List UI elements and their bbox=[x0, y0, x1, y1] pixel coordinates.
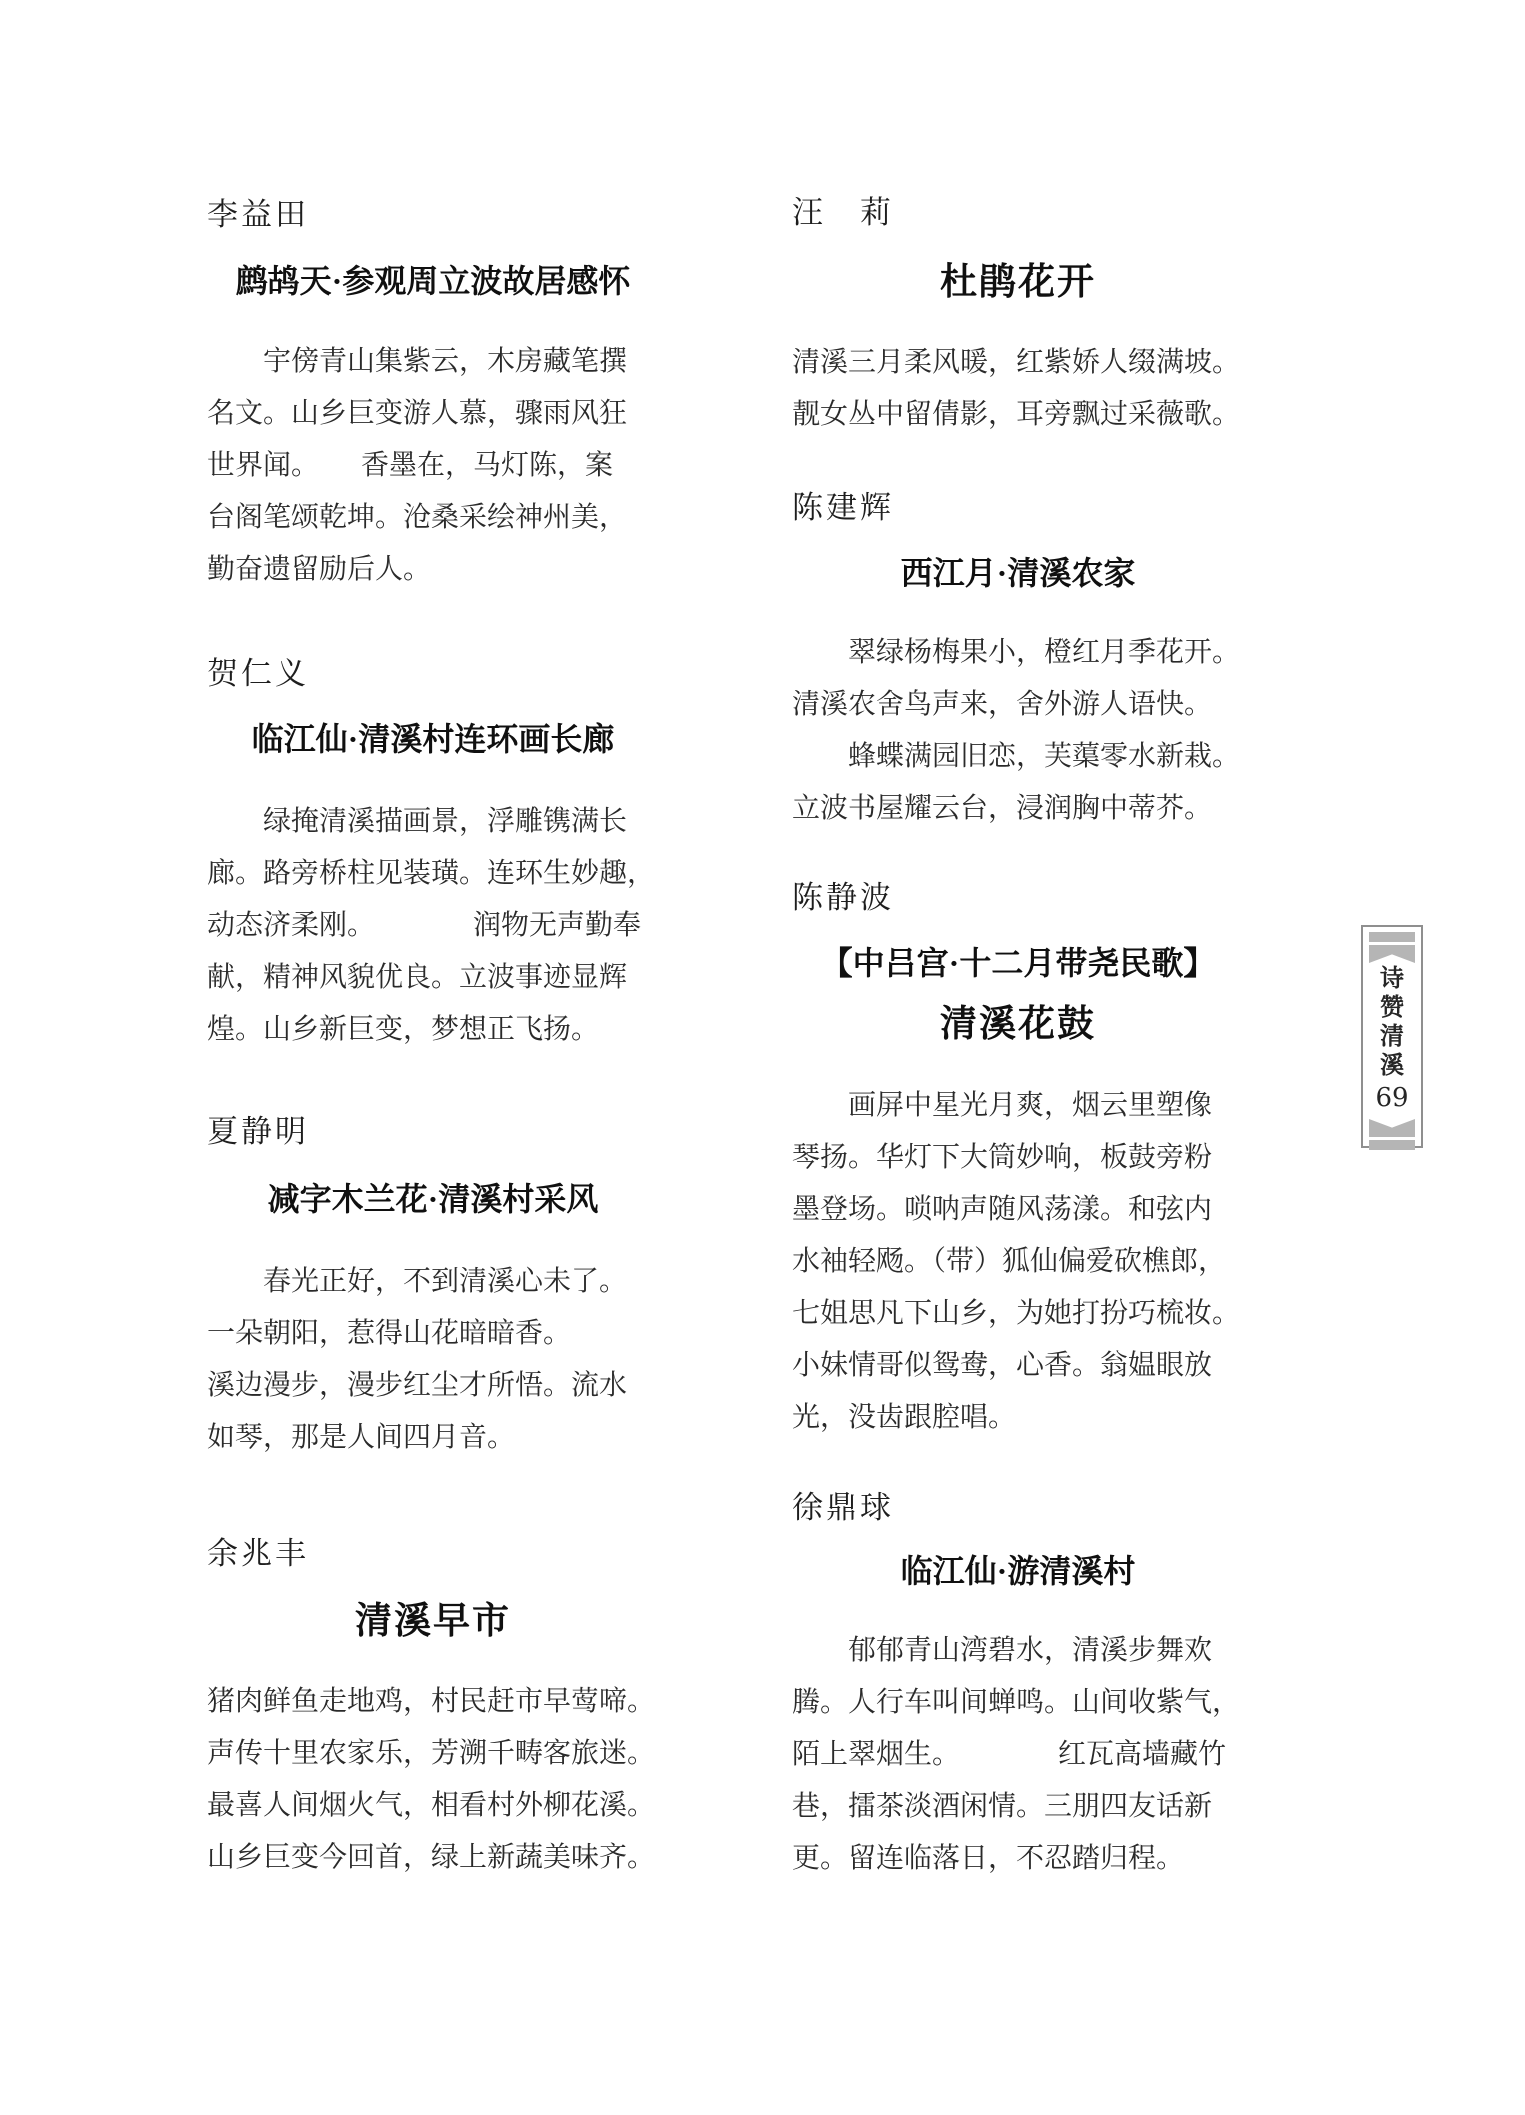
poem-body-line: 猪肉鲜鱼走地鸡，村民赶市早莺啼。 bbox=[207, 1676, 659, 1728]
poem-title-line: 西江月·清溪农家 bbox=[792, 550, 1244, 596]
poem-body-line: 声传十里农家乐，芳溯千畴客旅迷。 bbox=[207, 1728, 659, 1780]
poem-body: 清溪三月柔风暖，红紫娇人缀满坡。 靓女丛中留倩影，耳旁飘过采薇歌。 bbox=[792, 337, 1244, 441]
poem-title-line: 临江仙·清溪村连环画长廊 bbox=[207, 716, 659, 762]
poem-body: 猪肉鲜鱼走地鸡，村民赶市早莺啼。 声传十里农家乐，芳溯千畴客旅迷。 最喜人间烟火… bbox=[207, 1676, 659, 1884]
poem-body-line: 小妹情哥似鸳鸯，心香。翁媪眼放 bbox=[792, 1340, 1244, 1392]
poem-author: 贺仁义 bbox=[207, 654, 659, 694]
ribbon-banner-bottom-icon bbox=[1369, 1119, 1415, 1137]
poem-body: 绿掩清溪描画景，浮雕镌满长 廊。路旁桥柱见装璜。连环生妙趣， 动态济柔刚。 润物… bbox=[207, 796, 659, 1056]
poem-title: 【中吕宫·十二月带尧民歌】 清溪花鼓 bbox=[792, 940, 1244, 1048]
poem-body: 宇傍青山集紫云，木房藏笔撰 名文。山乡巨变游人慕，骤雨风狂 世界闻。 香墨在，马… bbox=[207, 336, 659, 596]
poem: 徐鼎球 临江仙·游清溪村 郁郁青山湾碧水，清溪步舞欢 腾。人行车叫间蝉鸣。山间收… bbox=[792, 1488, 1244, 1885]
poem: 陈建辉 西江月·清溪农家 翠绿杨梅果小，橙红月季花开。 清溪农舍鸟声来，舍外游人… bbox=[792, 488, 1244, 835]
poem-title: 临江仙·清溪村连环画长廊 bbox=[207, 716, 659, 762]
poem-body-line: 名文。山乡巨变游人慕，骤雨风狂 bbox=[207, 388, 659, 440]
poem-body-line: 一朵朝阳，惹得山花暗暗香。 bbox=[207, 1308, 659, 1360]
poem-title-line: 临江仙·游清溪村 bbox=[792, 1548, 1244, 1594]
poem-body-line: 煌。山乡新巨变，梦想正飞扬。 bbox=[207, 1004, 659, 1056]
poem-body-line: 画屏中星光月爽，烟云里塑像 bbox=[792, 1080, 1244, 1132]
poem-body-line: 勤奋遗留励后人。 bbox=[207, 544, 659, 596]
poem-body-line: 更。留连临落日，不忍踏归程。 bbox=[792, 1833, 1244, 1885]
poem-title-line: 【中吕宫·十二月带尧民歌】 bbox=[792, 940, 1244, 986]
poem-body-line: 腾。人行车叫间蝉鸣。山间收紫气， bbox=[792, 1677, 1244, 1729]
poem-body-line: 光，没齿跟腔唱。 bbox=[792, 1392, 1244, 1444]
ribbon-banner-top-icon bbox=[1369, 945, 1415, 963]
poem-body-line: 七姐思凡下山乡，为她打扮巧梳妆。 bbox=[792, 1288, 1244, 1340]
poem-title-line: 鹧鸪天·参观周立波故居感怀 bbox=[207, 258, 659, 304]
side-tab: 诗 赞 清 溪 69 bbox=[1361, 925, 1423, 1148]
poem-author: 徐鼎球 bbox=[792, 1488, 1244, 1528]
poem-body-line: 琴扬。华灯下大筒妙响，板鼓旁粉 bbox=[792, 1132, 1244, 1184]
poem-body-line: 靓女丛中留倩影，耳旁飘过采薇歌。 bbox=[792, 389, 1244, 441]
side-tab-char: 诗 bbox=[1380, 967, 1404, 992]
poem: 汪 莉 杜鹃花开 清溪三月柔风暖，红紫娇人缀满坡。 靓女丛中留倩影，耳旁飘过采薇… bbox=[792, 193, 1244, 441]
poem-body-line: 清溪三月柔风暖，红紫娇人缀满坡。 bbox=[792, 337, 1244, 389]
poem-body-line: 绿掩清溪描画景，浮雕镌满长 bbox=[207, 796, 659, 848]
poem-title: 鹧鸪天·参观周立波故居感怀 bbox=[207, 258, 659, 304]
poem: 贺仁义 临江仙·清溪村连环画长廊 绿掩清溪描画景，浮雕镌满长 廊。路旁桥柱见装璜… bbox=[207, 654, 659, 1056]
right-column: 汪 莉 杜鹃花开 清溪三月柔风暖，红紫娇人缀满坡。 靓女丛中留倩影，耳旁飘过采薇… bbox=[792, 0, 1244, 1885]
poem: 夏静明 减字木兰花·清溪村采风 春光正好，不到清溪心未了。 一朵朝阳，惹得山花暗… bbox=[207, 1112, 659, 1464]
poem-author: 汪 莉 bbox=[792, 193, 1244, 233]
poem-body-line: 陌上翠烟生。 红瓦高墙藏竹 bbox=[792, 1729, 1244, 1781]
poem-body: 春光正好，不到清溪心未了。 一朵朝阳，惹得山花暗暗香。 溪边漫步，漫步红尘才所悟… bbox=[207, 1256, 659, 1464]
poem-body-line: 墨登场。唢呐声随风荡漾。和弦内 bbox=[792, 1184, 1244, 1236]
poem-body-line: 最喜人间烟火气，相看村外柳花溪。 bbox=[207, 1780, 659, 1832]
poem-title: 临江仙·游清溪村 bbox=[792, 1548, 1244, 1594]
poem-body: 画屏中星光月爽，烟云里塑像 琴扬。华灯下大筒妙响，板鼓旁粉 墨登场。唢呐声随风荡… bbox=[792, 1080, 1244, 1444]
poem-body-line: 春光正好，不到清溪心未了。 bbox=[207, 1256, 659, 1308]
poem-body-line: 翠绿杨梅果小，橙红月季花开。 bbox=[792, 627, 1244, 679]
poem-title: 减字木兰花·清溪村采风 bbox=[207, 1176, 659, 1222]
poem-body-line: 世界闻。 香墨在，马灯陈，案 bbox=[207, 440, 659, 492]
poem-title: 西江月·清溪农家 bbox=[792, 550, 1244, 596]
poem-title-line: 减字木兰花·清溪村采风 bbox=[207, 1176, 659, 1222]
poem-title-line: 杜鹃花开 bbox=[792, 260, 1244, 306]
poem-body-line: 廊。路旁桥柱见装璜。连环生妙趣， bbox=[207, 848, 659, 900]
poem-body: 郁郁青山湾碧水，清溪步舞欢 腾。人行车叫间蝉鸣。山间收紫气， 陌上翠烟生。 红瓦… bbox=[792, 1625, 1244, 1885]
page-number: 69 bbox=[1375, 1085, 1408, 1111]
ribbon-bar-top-icon bbox=[1369, 932, 1415, 942]
poem-body-line: 献，精神风貌优良。立波事迹显辉 bbox=[207, 952, 659, 1004]
poem-body: 翠绿杨梅果小，橙红月季花开。 清溪农舍鸟声来，舍外游人语快。 蜂蝶满园旧恋，芙蕖… bbox=[792, 627, 1244, 835]
poem-title: 清溪早市 bbox=[207, 1599, 659, 1645]
poem-author: 李益田 bbox=[207, 195, 659, 235]
ribbon-bar-bottom-icon bbox=[1369, 1140, 1415, 1150]
side-tab-char: 赞 bbox=[1380, 996, 1404, 1021]
poem-body-line: 立波书屋耀云台，浸润胸中蒂芥。 bbox=[792, 783, 1244, 835]
poem-title: 杜鹃花开 bbox=[792, 260, 1244, 306]
left-column: 李益田 鹧鸪天·参观周立波故居感怀 宇傍青山集紫云，木房藏笔撰 名文。山乡巨变游… bbox=[207, 0, 659, 1884]
poem-author: 夏静明 bbox=[207, 1112, 659, 1152]
poem-body-line: 动态济柔刚。 润物无声勤奉 bbox=[207, 900, 659, 952]
poem-body-line: 溪边漫步，漫步红尘才所悟。流水 bbox=[207, 1360, 659, 1412]
poem-body-line: 宇傍青山集紫云，木房藏笔撰 bbox=[207, 336, 659, 388]
poem-author: 余兆丰 bbox=[207, 1534, 659, 1574]
poem-title-line: 清溪早市 bbox=[207, 1599, 659, 1645]
poem: 陈静波 【中吕宫·十二月带尧民歌】 清溪花鼓 画屏中星光月爽，烟云里塑像 琴扬。… bbox=[792, 878, 1244, 1444]
poem-body-line: 清溪农舍鸟声来，舍外游人语快。 bbox=[792, 679, 1244, 731]
poem-author: 陈静波 bbox=[792, 878, 1244, 918]
poem-body-line: 台阁笔颂乾坤。沧桑采绘神州美， bbox=[207, 492, 659, 544]
side-tab-char: 溪 bbox=[1380, 1054, 1404, 1079]
poem-body-line: 山乡巨变今回首，绿上新蔬美味齐。 bbox=[207, 1832, 659, 1884]
poem-body-line: 水袖轻飏。（带）狐仙偏爱砍樵郎， bbox=[792, 1236, 1244, 1288]
poem: 余兆丰 清溪早市 猪肉鲜鱼走地鸡，村民赶市早莺啼。 声传十里农家乐，芳溯千畴客旅… bbox=[207, 1534, 659, 1884]
poem-body-line: 如琴，那是人间四月音。 bbox=[207, 1412, 659, 1464]
poem: 李益田 鹧鸪天·参观周立波故居感怀 宇傍青山集紫云，木房藏笔撰 名文。山乡巨变游… bbox=[207, 195, 659, 596]
poem-body-line: 郁郁青山湾碧水，清溪步舞欢 bbox=[792, 1625, 1244, 1677]
poem-body-line: 巷，擂茶淡酒闲情。三朋四友话新 bbox=[792, 1781, 1244, 1833]
poem-author: 陈建辉 bbox=[792, 488, 1244, 528]
poem-title-line: 清溪花鼓 bbox=[792, 1002, 1244, 1048]
poetry-book-page: 李益田 鹧鸪天·参观周立波故居感怀 宇傍青山集紫云，木房藏笔撰 名文。山乡巨变游… bbox=[0, 0, 1525, 2115]
side-tab-char: 清 bbox=[1380, 1025, 1404, 1050]
poem-body-line: 蜂蝶满园旧恋，芙蕖零水新栽。 bbox=[792, 731, 1244, 783]
